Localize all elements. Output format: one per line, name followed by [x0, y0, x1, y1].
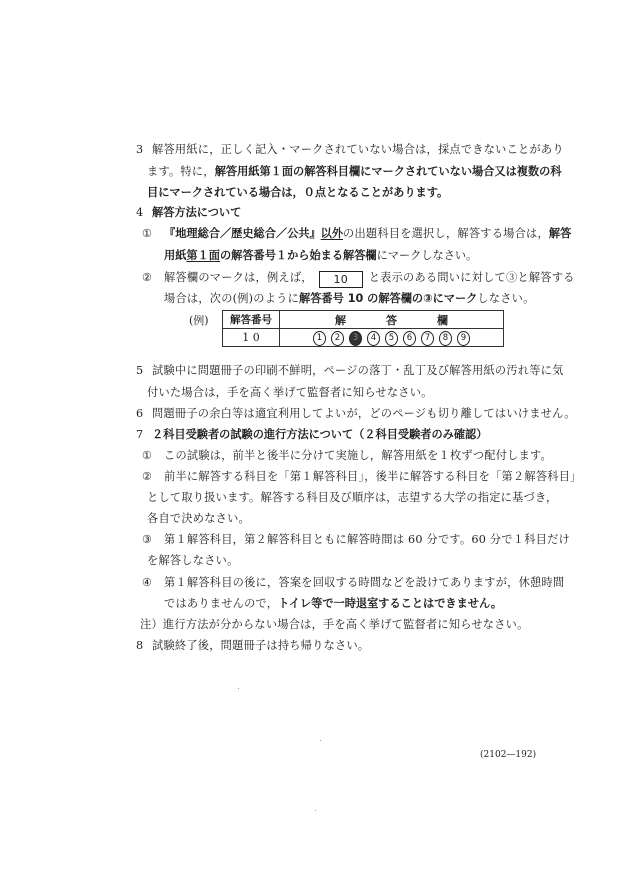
- item-text-bold: 解答用紙第１面の解答科目欄にマークされていない場合又は複数の科: [215, 165, 562, 178]
- item-text: ではありませんので，: [164, 597, 278, 610]
- item-number: 4: [136, 206, 152, 220]
- item-text: 付いた場合は，手を高く挙げて監督者に知らせなさい。: [147, 386, 433, 399]
- section-title: ２科目受験者の試験の進行方法について（２科目受験者のみ確認）: [152, 428, 487, 441]
- answer-bubbles: 123456789: [280, 329, 504, 347]
- item-text: を解答しなさい。: [147, 554, 239, 567]
- item-7-note: 注）進行方法が分からない場合は，手を高く挙げて監督者に知らせなさい。: [140, 618, 529, 632]
- answer-bubble-8: 8: [439, 331, 452, 346]
- header-answer-number: 解答番号: [223, 311, 280, 329]
- item-5-line-1: 5試験中に問題冊子の印刷不鮮明，ページの落丁・乱丁及び解答用紙の汚れ等に気: [136, 364, 564, 378]
- answer-bubble-5: 5: [385, 331, 398, 346]
- example-label: (例): [189, 312, 209, 328]
- item-text-bold: 解答番号 10 の解答欄の③にマーク: [299, 292, 477, 305]
- item-text: 前半に解答する科目を「第１解答科目」，後半に解答する科目を「第２解答科目」: [164, 470, 582, 483]
- item-3-line-1: 3解答用紙に，正しく記入・マークされていない場合は，採点できないことがあり: [136, 143, 564, 157]
- answer-bubble-7: 7: [421, 331, 434, 346]
- item-7-title: 7２科目受験者の試験の進行方法について（２科目受験者のみ確認）: [136, 428, 487, 442]
- item-4-sub-2-line-2: 場合は，次の(例)のように解答番号 10 の解答欄の③にマークしなさい。: [164, 292, 535, 306]
- item-text-bold: 解答: [549, 227, 571, 240]
- item-7-sub-3-line-2: を解答しなさい。: [147, 554, 239, 568]
- header-answer-column: 解答欄: [280, 311, 504, 329]
- answer-number-cell: 1 0: [223, 329, 280, 347]
- circled-number: ②: [142, 470, 164, 484]
- item-number: 3: [136, 143, 152, 157]
- item-7-sub-4-line-2: ではありませんので，トイレ等で一時退室することはできません。: [164, 597, 502, 611]
- item-7-sub-2-line-3: 各自で決めなさい。: [147, 512, 250, 526]
- circled-number: ③: [142, 533, 164, 547]
- item-7-sub-2-line-2: として取り扱います。解答する科目及び順序は，志望する大学の指定に基づき，: [147, 491, 557, 505]
- item-7-sub-1: ①この試験は，前半と後半に分けて実施し，解答用紙を１枚ずつ配付します。: [142, 449, 552, 463]
- item-8: 8試験終了後，問題冊子は持ち帰りなさい。: [136, 639, 369, 653]
- answer-bubble-2: 2: [331, 331, 344, 346]
- example-answer-table: 解答番号 解答欄 1 0 123456789: [222, 310, 504, 347]
- item-number: 6: [136, 407, 152, 421]
- item-text: 試験終了後，問題冊子は持ち帰りなさい。: [152, 639, 369, 652]
- item-3-line-3: 目にマークされている場合は，０点となることがあります。: [147, 186, 448, 200]
- item-text-bold: 用紙: [164, 249, 186, 262]
- answer-bubble-6: 6: [403, 331, 416, 346]
- item-text: 解答用紙に，正しく記入・マークされていない場合は，採点できないことがあり: [152, 143, 564, 156]
- item-text-bold: の解答番号１から始まる解答欄: [220, 249, 377, 262]
- item-3-line-2: ます。特に，解答用紙第１面の解答科目欄にマークされていない場合又は複数の科: [147, 165, 562, 179]
- page-code: (2102—192): [480, 750, 536, 760]
- item-4-sub-1-line-2: 用紙第１面の解答番号１から始まる解答欄にマークしなさい。: [164, 249, 477, 263]
- item-text: として取り扱います。解答する科目及び順序は，志望する大学の指定に基づき，: [147, 491, 557, 504]
- item-7-sub-2-line-1: ②前半に解答する科目を「第１解答科目」，後半に解答する科目を「第２解答科目」: [142, 470, 582, 484]
- item-4-sub-1-line-1: ①『地理総合／歴史総合／公共』以外の出題科目を選択し，解答する場合は，解答: [142, 227, 571, 241]
- item-text: この試験は，前半と後半に分けて実施し，解答用紙を１枚ずつ配付します。: [164, 449, 552, 462]
- item-number: 7: [136, 428, 152, 442]
- answer-bubble-9: 9: [457, 331, 470, 346]
- item-text: 場合は，次の(例)のように: [164, 292, 299, 305]
- answer-bubble-4: 4: [367, 331, 380, 346]
- item-text-bold: トイレ等で一時退室することはできません。: [278, 597, 502, 610]
- item-text: しなさい。: [477, 292, 534, 305]
- answer-bubble-3: 3: [349, 331, 362, 346]
- scan-speck: [238, 688, 239, 689]
- note-text: 注）進行方法が分からない場合は，手を高く挙げて監督者に知らせなさい。: [140, 618, 529, 631]
- underlined-text: 以外: [321, 227, 343, 240]
- scan-speck: [315, 810, 316, 811]
- scan-speck: [498, 370, 499, 371]
- item-4-title: 4解答方法について: [136, 206, 241, 220]
- item-4-sub-2-line-1: ②解答欄のマークは，例えば，10と表示のある問いに対して③と解答する: [142, 271, 575, 288]
- scan-speck: [320, 740, 321, 741]
- item-text: 問題冊子の余白等は適宜利用してよいが，どのページも切り離してはいけません。: [152, 407, 576, 420]
- item-5-line-2: 付いた場合は，手を高く挙げて監督者に知らせなさい。: [147, 386, 433, 400]
- answer-bubble-1: 1: [313, 331, 326, 346]
- item-text: ます。特に，: [147, 165, 215, 178]
- item-6: 6問題冊子の余白等は適宜利用してよいが，どのページも切り離してはいけません。: [136, 407, 576, 421]
- circled-number: ④: [142, 576, 164, 590]
- item-text: の出題科目を選択し，解答する場合は，: [343, 227, 549, 240]
- item-text: 第１解答科目の後に，答案を回収する時間などを設けてありますが，休憩時間: [164, 576, 564, 589]
- item-text: 第１解答科目，第２解答科目ともに解答時間は 60 分です。60 分で１科目だけ: [164, 533, 570, 546]
- circled-number: ①: [142, 449, 164, 463]
- item-text: 試験中に問題冊子の印刷不鮮明，ページの落丁・乱丁及び解答用紙の汚れ等に気: [152, 364, 564, 377]
- item-text-bold: 目にマークされている場合は，０点となることがあります。: [147, 186, 448, 199]
- answer-number-box: 10: [319, 271, 363, 288]
- circled-number: ②: [142, 271, 164, 285]
- section-title: 解答方法について: [152, 206, 241, 219]
- item-7-sub-3-line-1: ③第１解答科目，第２解答科目ともに解答時間は 60 分です。60 分で１科目だけ: [142, 533, 570, 547]
- exam-instructions-page: 3解答用紙に，正しく記入・マークされていない場合は，採点できないことがあり ます…: [0, 0, 620, 876]
- item-text: と表示のある問いに対して③と解答する: [369, 271, 575, 284]
- item-number: 5: [136, 364, 152, 378]
- item-text: にマークしなさい。: [377, 249, 478, 262]
- subject-names: 『地理総合／歴史総合／公共』: [164, 227, 321, 240]
- item-text: 各自で決めなさい。: [147, 512, 250, 525]
- underlined-text: 第１面: [186, 249, 220, 262]
- circled-number: ①: [142, 227, 164, 241]
- item-text: 解答欄のマークは，例えば，: [164, 271, 313, 284]
- item-number: 8: [136, 639, 152, 653]
- item-7-sub-4-line-1: ④第１解答科目の後に，答案を回収する時間などを設けてありますが，休憩時間: [142, 576, 564, 590]
